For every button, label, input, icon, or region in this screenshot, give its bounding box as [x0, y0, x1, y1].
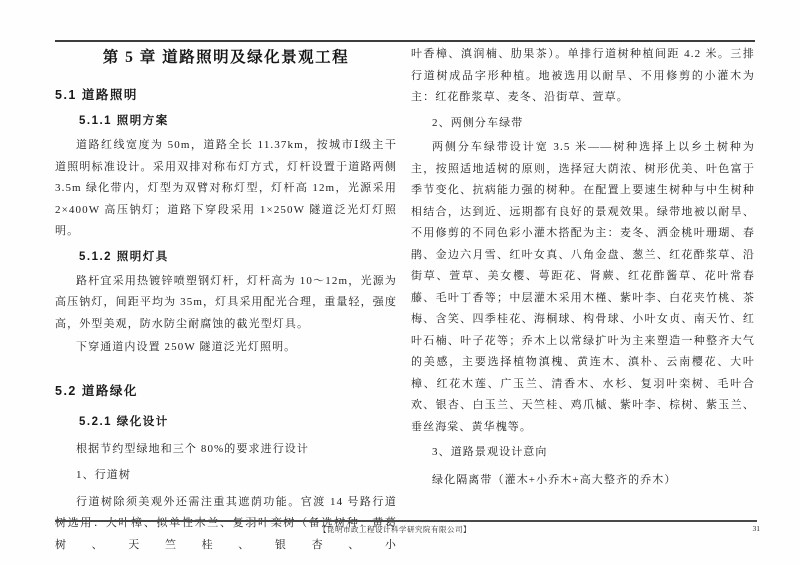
right-column: 叶香樟、滇润楠、肋果茶）。单排行道树种植间距 4.2 米。三排行道树成品字形种植…	[411, 42, 755, 556]
paragraph-lighting-fixtures: 路杆宜采用热镀锌喷塑钢灯杆，灯杆高为 10～12m，光源为高压钠灯，间距平均为 …	[55, 271, 397, 336]
heading-5-2-road-greening: 5.2 道路绿化	[55, 383, 397, 399]
paragraph-underpass-lighting: 下穿通道内设置 250W 隧道泛光灯照明。	[55, 337, 397, 359]
list-item-1-street-trees: 1、行道树	[55, 465, 397, 487]
heading-5-2-1-greening-design: 5.2.1 绿化设计	[55, 414, 397, 430]
chapter-title: 第 5 章 道路照明及绿化景观工程	[55, 47, 397, 69]
heading-5-1-1-lighting-scheme: 5.1.1 照明方案	[55, 113, 397, 129]
page-content: 第 5 章 道路照明及绿化景观工程 5.1 道路照明 5.1.1 照明方案 道路…	[55, 42, 755, 556]
heading-5-1-road-lighting: 5.1 道路照明	[55, 87, 397, 103]
paragraph-green-buffer-composition: 绿化隔离带（灌木+小乔木+高大整齐的乔木）	[411, 470, 755, 492]
paragraph-design-requirement: 根据节约型绿地和三个 80%的要求进行设计	[55, 439, 397, 461]
heading-5-1-2-lighting-fixtures: 5.1.2 照明灯具	[55, 249, 397, 265]
paragraph-lighting-scheme: 道路红线宽度为 50m，道路全长 11.37km，按城市Ⅰ级主干道照明标准设计。…	[55, 135, 397, 243]
page-number: 31	[753, 524, 761, 533]
list-item-3-landscape-intent: 3、道路景观设计意向	[411, 442, 755, 464]
footer-rule	[55, 520, 757, 522]
footer-company: 【昆明市政工程设计科学研究院有限公司】	[0, 524, 790, 535]
paragraph-street-trees-continued: 叶香樟、滇润楠、肋果茶）。单排行道树种植间距 4.2 米。三排行道树成品字形种植…	[411, 44, 755, 109]
paragraph-median-greenbelt: 两侧分车绿带设计宽 3.5 米——树种选择上以乡土树种为主，按照适地适树的原则，…	[411, 137, 755, 438]
left-column: 第 5 章 道路照明及绿化景观工程 5.1 道路照明 5.1.1 照明方案 道路…	[55, 42, 397, 556]
document-page: 第 5 章 道路照明及绿化景观工程 5.1 道路照明 5.1.1 照明方案 道路…	[0, 0, 800, 565]
list-item-2-median-greenbelt: 2、两侧分车绿带	[411, 113, 755, 135]
